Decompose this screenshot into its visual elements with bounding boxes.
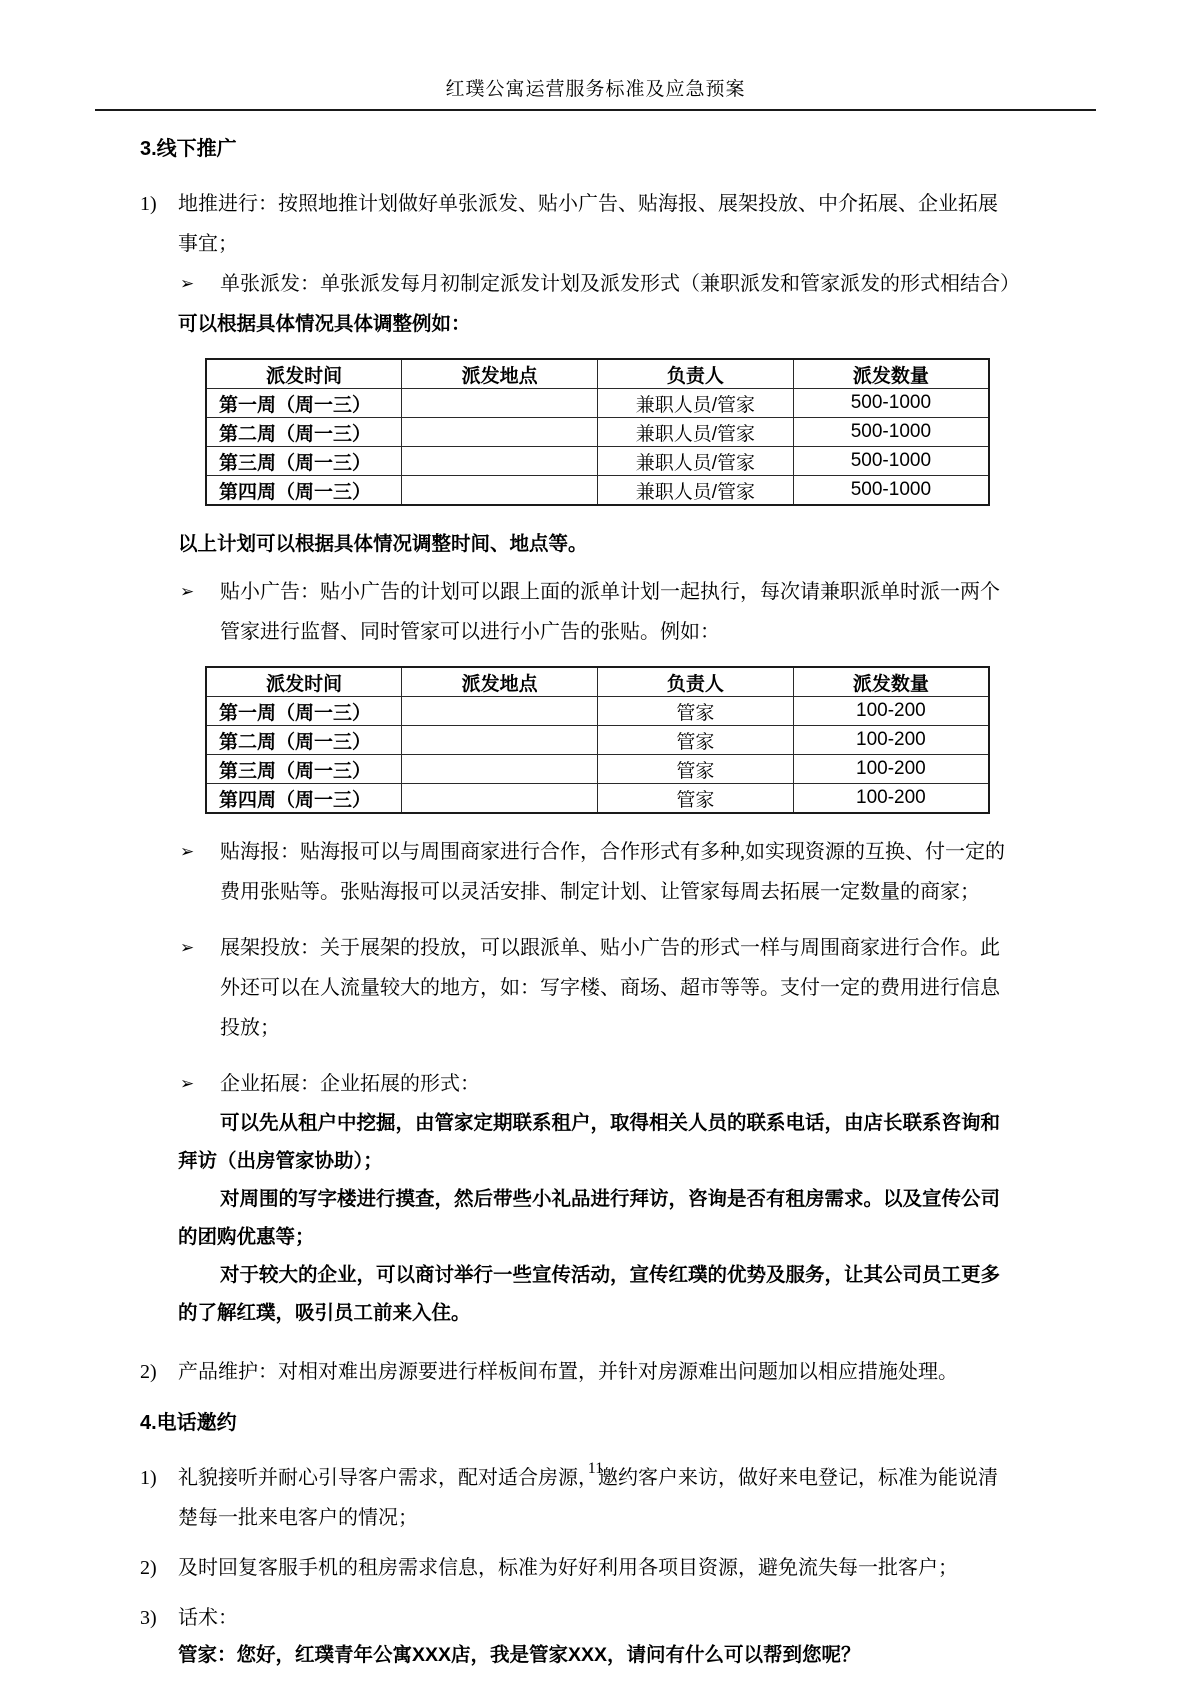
header-rule xyxy=(95,109,1096,111)
list-item-ground-promo: 1) 地推进行：按照地推计划做好单张派发、贴小广告、贴海报、展架投放、中介拓展、… xyxy=(140,184,1012,264)
table-header-cell: 负责人 xyxy=(598,359,794,389)
table-header-cell: 派发地点 xyxy=(402,359,598,389)
table-cell: 第三周（周一三） xyxy=(206,447,402,476)
table-row: 第四周（周一三） 兼职人员/管家 500-1000 xyxy=(206,476,989,506)
enterprise-para-events: 对于较大的企业，可以商讨举行一些宣传活动，宣传红璞的优势及服务，让其公司员工更多… xyxy=(178,1256,1012,1332)
bullet-item-flyer: ➢ 单张派发：单张派发每月初制定派发计划及派发形式（兼职派发和管家派发的形式相结… xyxy=(180,264,1012,304)
table-row: 第一周（周一三） 兼职人员/管家 500-1000 xyxy=(206,389,989,418)
list-text: 地推进行：按照地推计划做好单张派发、贴小广告、贴海报、展架投放、中介拓展、企业拓… xyxy=(178,184,1012,264)
table-header-cell: 派发地点 xyxy=(402,667,598,697)
table-cell: 第三周（周一三） xyxy=(206,755,402,784)
enterprise-para-office: 对周围的写字楼进行摸查，然后带些小礼品进行拜访，咨询是否有租房需求。以及宣传公司… xyxy=(178,1180,1012,1256)
table-cell: 兼职人员/管家 xyxy=(598,447,794,476)
table-row: 第二周（周一三） 管家 100-200 xyxy=(206,726,989,755)
arrow-bullet-icon: ➢ xyxy=(180,928,220,1048)
bullet-item-display-rack: ➢ 展架投放：关于展架的投放，可以跟派单、贴小广告的形式一样与周围商家进行合作。… xyxy=(180,928,1012,1048)
script-speech-line: 管家：您好，红璞青年公寓XXX店，我是管家XXX，请问有什么可以帮到您呢？ xyxy=(178,1638,1012,1672)
table-cell: 100-200 xyxy=(793,755,989,784)
note-adjust-example: 可以根据具体情况具体调整例如： xyxy=(178,304,1012,344)
script-label: 话术： xyxy=(178,1607,238,1629)
table-row: 第三周（周一三） 管家 100-200 xyxy=(206,755,989,784)
bullet-text: 贴小广告：贴小广告的计划可以跟上面的派单计划一起执行，每次请兼职派单时派一两个管… xyxy=(220,572,1012,652)
table-header-cell: 派发数量 xyxy=(793,667,989,697)
table-cell: 兼职人员/管家 xyxy=(598,418,794,447)
list-number: 2) xyxy=(140,1352,178,1392)
table-cell: 管家 xyxy=(598,755,794,784)
table-row: 第一周（周一三） 管家 100-200 xyxy=(206,697,989,726)
table-cell xyxy=(402,418,598,447)
table-header-cell: 派发时间 xyxy=(206,359,402,389)
list-item-script: 3) 话术： 管家：您好，红璞青年公寓XXX店，我是管家XXX，请问有什么可以帮… xyxy=(140,1598,1012,1672)
table-cell xyxy=(402,755,598,784)
enterprise-para-tenants: 可以先从租户中挖掘，由管家定期联系租户，取得相关人员的联系电话，由店长联系咨询和… xyxy=(178,1104,1012,1180)
distribution-table-ads: 派发时间 派发地点 负责人 派发数量 第一周（周一三） 管家 100-200 第… xyxy=(205,666,990,814)
note-plan-adjust: 以上计划可以根据具体情况调整时间、地点等。 xyxy=(178,524,1012,564)
table-cell xyxy=(402,389,598,418)
list-text: 及时回复客服手机的租房需求信息，标准为好好利用各项目资源，避免流失每一批客户； xyxy=(178,1548,1012,1588)
list-number: 2) xyxy=(140,1548,178,1588)
table-header-cell: 派发数量 xyxy=(793,359,989,389)
table-header-row: 派发时间 派发地点 负责人 派发数量 xyxy=(206,667,989,697)
list-item-product-maintain: 2) 产品维护：对相对难出房源要进行样板间布置，并针对房源难出问题加以相应措施处… xyxy=(140,1352,1012,1392)
arrow-bullet-icon: ➢ xyxy=(180,832,220,912)
list-item-reply-sms: 2) 及时回复客服手机的租房需求信息，标准为好好利用各项目资源，避免流失每一批客… xyxy=(140,1548,1012,1588)
distribution-table-flyer: 派发时间 派发地点 负责人 派发数量 第一周（周一三） 兼职人员/管家 500-… xyxy=(205,358,990,506)
table-cell: 500-1000 xyxy=(793,389,989,418)
table-header-cell: 负责人 xyxy=(598,667,794,697)
table-cell: 第四周（周一三） xyxy=(206,784,402,814)
table-cell xyxy=(402,476,598,506)
table-cell xyxy=(402,784,598,814)
table-cell: 管家 xyxy=(598,726,794,755)
table-cell: 100-200 xyxy=(793,726,989,755)
bullet-text: 单张派发：单张派发每月初制定派发计划及派发形式（兼职派发和管家派发的形式相结合） xyxy=(220,264,1012,304)
list-number: 1) xyxy=(140,184,178,264)
section-3-heading: 3.线下推广 xyxy=(140,134,1012,164)
table-cell xyxy=(402,447,598,476)
arrow-bullet-icon: ➢ xyxy=(180,264,220,304)
page-number: 11 xyxy=(0,1460,1191,1478)
table-cell: 500-1000 xyxy=(793,476,989,506)
table-cell: 500-1000 xyxy=(793,418,989,447)
bullet-text: 贴海报：贴海报可以与周围商家进行合作，合作形式有多种,如实现资源的互换、付一定的… xyxy=(220,832,1012,912)
table-cell: 管家 xyxy=(598,697,794,726)
list-number: 3) xyxy=(140,1598,178,1672)
table-cell: 第二周（周一三） xyxy=(206,726,402,755)
list-text: 话术： 管家：您好，红璞青年公寓XXX店，我是管家XXX，请问有什么可以帮到您呢… xyxy=(178,1598,1012,1672)
document-page: 红璞公寓运营服务标准及应急预案 3.线下推广 1) 地推进行：按照地推计划做好单… xyxy=(0,0,1191,1684)
bullet-item-enterprise: ➢ 企业拓展：企业拓展的形式： xyxy=(180,1064,1012,1104)
table-cell: 兼职人员/管家 xyxy=(598,389,794,418)
table-cell: 第四周（周一三） xyxy=(206,476,402,506)
table-cell: 第一周（周一三） xyxy=(206,389,402,418)
table-row: 第二周（周一三） 兼职人员/管家 500-1000 xyxy=(206,418,989,447)
bullet-item-poster: ➢ 贴海报：贴海报可以与周围商家进行合作，合作形式有多种,如实现资源的互换、付一… xyxy=(180,832,1012,912)
bullet-text: 展架投放：关于展架的投放，可以跟派单、贴小广告的形式一样与周围商家进行合作。此外… xyxy=(220,928,1012,1048)
table-cell: 100-200 xyxy=(793,697,989,726)
table-cell: 100-200 xyxy=(793,784,989,814)
table-header-cell: 派发时间 xyxy=(206,667,402,697)
document-body: 3.线下推广 1) 地推进行：按照地推计划做好单张派发、贴小广告、贴海报、展架投… xyxy=(140,132,1012,1672)
table-cell: 兼职人员/管家 xyxy=(598,476,794,506)
table-cell: 第二周（周一三） xyxy=(206,418,402,447)
table-cell xyxy=(402,697,598,726)
table-header-row: 派发时间 派发地点 负责人 派发数量 xyxy=(206,359,989,389)
table-row: 第四周（周一三） 管家 100-200 xyxy=(206,784,989,814)
arrow-bullet-icon: ➢ xyxy=(180,572,220,652)
table-row: 第三周（周一三） 兼职人员/管家 500-1000 xyxy=(206,447,989,476)
list-text: 产品维护：对相对难出房源要进行样板间布置，并针对房源难出问题加以相应措施处理。 xyxy=(178,1352,1012,1392)
table-cell xyxy=(402,726,598,755)
bullet-text: 企业拓展：企业拓展的形式： xyxy=(220,1064,1012,1104)
table-cell: 管家 xyxy=(598,784,794,814)
bullet-item-small-ads: ➢ 贴小广告：贴小广告的计划可以跟上面的派单计划一起执行，每次请兼职派单时派一两… xyxy=(180,572,1012,652)
arrow-bullet-icon: ➢ xyxy=(180,1064,220,1104)
table-cell: 500-1000 xyxy=(793,447,989,476)
document-title: 红璞公寓运营服务标准及应急预案 xyxy=(0,74,1191,101)
section-4-heading: 4.电话邀约 xyxy=(140,1408,1012,1438)
table-cell: 第一周（周一三） xyxy=(206,697,402,726)
